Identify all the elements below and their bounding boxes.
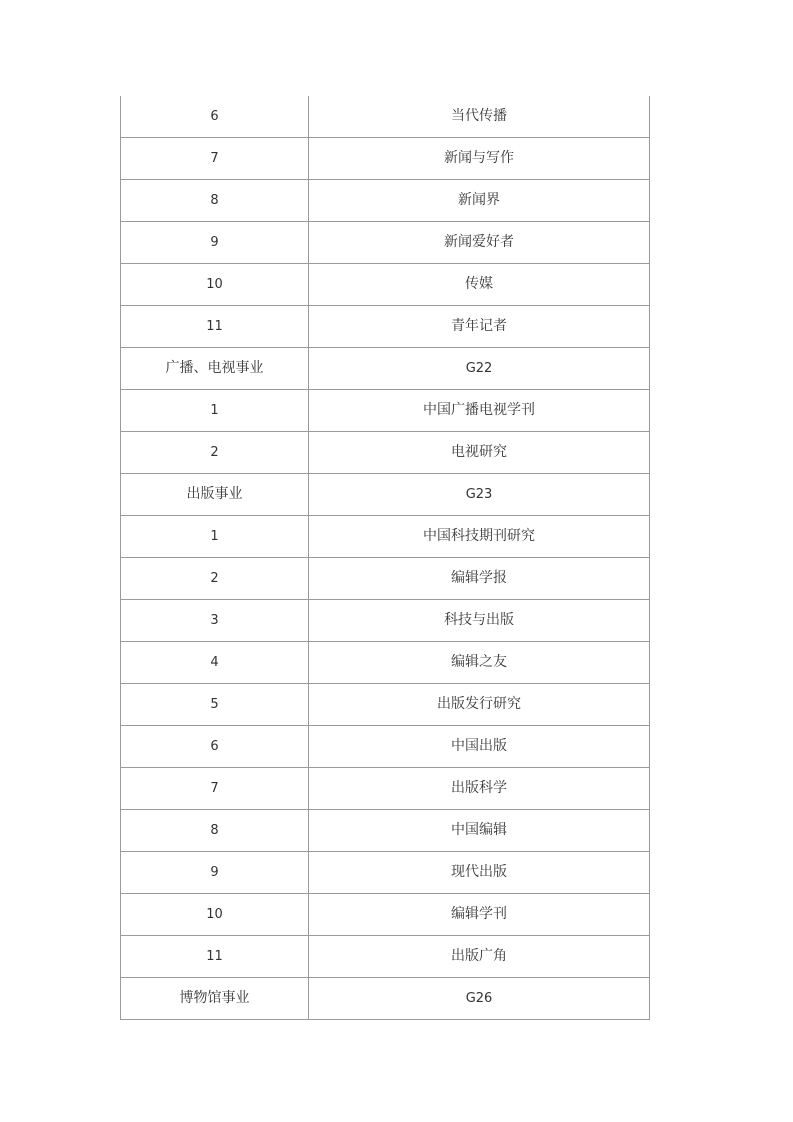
table-row: 3科技与出版 [121,600,650,642]
table-row: 6当代传播 [121,96,650,138]
row-index: 4 [121,642,309,684]
journal-name: 编辑学刊 [309,894,650,936]
row-index: 10 [121,894,309,936]
journal-name: 编辑之友 [309,642,650,684]
table-row: 11青年记者 [121,306,650,348]
row-index: 6 [121,96,309,138]
journal-name: 新闻爱好者 [309,222,650,264]
journal-name: 出版广角 [309,936,650,978]
table-row: 10编辑学刊 [121,894,650,936]
journal-name: 编辑学报 [309,558,650,600]
row-index: 1 [121,390,309,432]
category-code: G26 [309,978,650,1020]
table-row: 8中国编辑 [121,810,650,852]
row-index: 9 [121,852,309,894]
table-row: 2编辑学报 [121,558,650,600]
category-code: G23 [309,474,650,516]
category-row: 出版事业G23 [121,474,650,516]
journal-name: 传媒 [309,264,650,306]
table-row: 7出版科学 [121,768,650,810]
table-row: 11出版广角 [121,936,650,978]
document-page: 6当代传播 7新闻与写作 8新闻界 9新闻爱好者 10传媒 11青年记者 广播、… [0,0,793,1122]
table-row: 5出版发行研究 [121,684,650,726]
row-index: 2 [121,432,309,474]
table-row: 10传媒 [121,264,650,306]
journal-name: 中国编辑 [309,810,650,852]
journal-name: 新闻界 [309,180,650,222]
category-row: 广播、电视事业G22 [121,348,650,390]
row-index: 1 [121,516,309,558]
table-row: 2电视研究 [121,432,650,474]
journal-name: 青年记者 [309,306,650,348]
row-index: 10 [121,264,309,306]
journal-name: 现代出版 [309,852,650,894]
category-code: G22 [309,348,650,390]
journal-name: 电视研究 [309,432,650,474]
table-row: 4编辑之友 [121,642,650,684]
table-row: 9现代出版 [121,852,650,894]
journal-name: 出版科学 [309,768,650,810]
row-index: 7 [121,768,309,810]
row-index: 11 [121,306,309,348]
table-row: 6中国出版 [121,726,650,768]
row-index: 3 [121,600,309,642]
journal-name: 中国科技期刊研究 [309,516,650,558]
row-index: 8 [121,180,309,222]
row-index: 6 [121,726,309,768]
category-name: 博物馆事业 [121,978,309,1020]
journal-name: 新闻与写作 [309,138,650,180]
table-row: 1中国广播电视学刊 [121,390,650,432]
row-index: 7 [121,138,309,180]
category-name: 出版事业 [121,474,309,516]
row-index: 11 [121,936,309,978]
journal-name: 当代传播 [309,96,650,138]
journal-name: 中国出版 [309,726,650,768]
row-index: 9 [121,222,309,264]
table-row: 8新闻界 [121,180,650,222]
journal-name: 科技与出版 [309,600,650,642]
table-row: 1中国科技期刊研究 [121,516,650,558]
row-index: 5 [121,684,309,726]
row-index: 2 [121,558,309,600]
table-row: 7新闻与写作 [121,138,650,180]
table-row: 9新闻爱好者 [121,222,650,264]
journal-name: 中国广播电视学刊 [309,390,650,432]
journal-name: 出版发行研究 [309,684,650,726]
category-name: 广播、电视事业 [121,348,309,390]
journal-table: 6当代传播 7新闻与写作 8新闻界 9新闻爱好者 10传媒 11青年记者 广播、… [120,96,650,1020]
row-index: 8 [121,810,309,852]
category-row: 博物馆事业G26 [121,978,650,1020]
